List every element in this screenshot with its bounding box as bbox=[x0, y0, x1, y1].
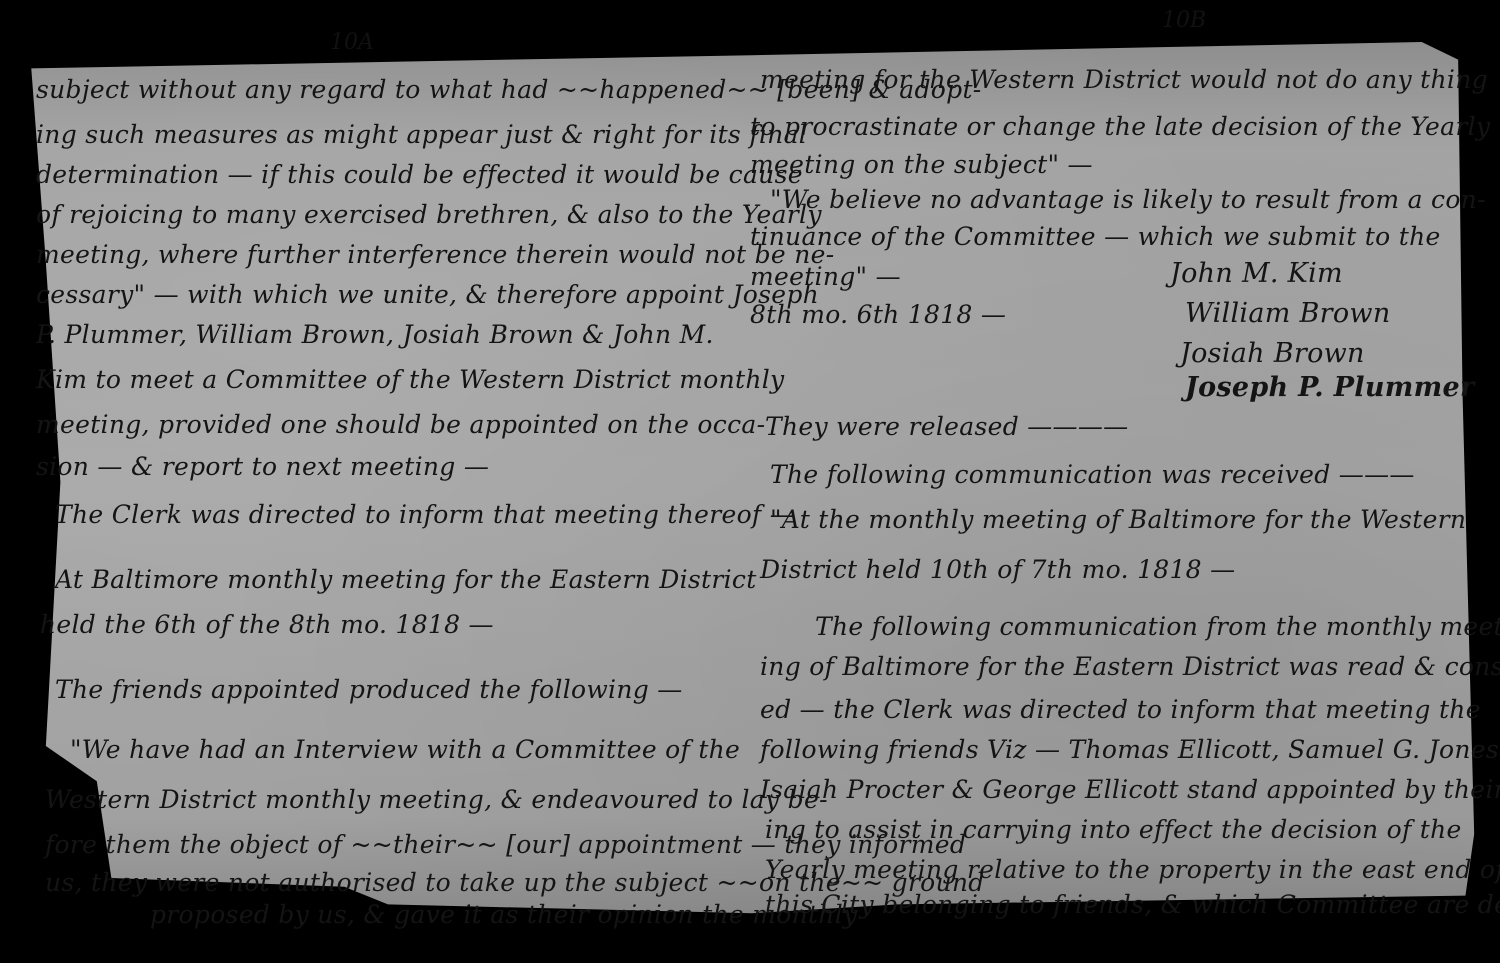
manuscript-line: of rejoicing to many exercised brethren,… bbox=[36, 200, 822, 229]
manuscript-line: tinuance of the Committee — which we sub… bbox=[750, 222, 1441, 251]
manuscript-line: The following communication from the mon… bbox=[815, 612, 1500, 641]
page-number-left: 10A bbox=[330, 30, 374, 55]
manuscript-line: Kim to meet a Committee of the Western D… bbox=[36, 365, 784, 394]
manuscript-line: meeting" — bbox=[750, 262, 901, 291]
manuscript-line: ing such measures as might appear just &… bbox=[36, 120, 807, 149]
manuscript-line: Western District monthly meeting, & ende… bbox=[45, 785, 828, 814]
page-number-right: 10B bbox=[1162, 8, 1206, 33]
manuscript-line: proposed by us, & gave it as their opini… bbox=[150, 900, 857, 929]
manuscript-line: cessary" — with which we unite, & theref… bbox=[36, 280, 819, 309]
manuscript-date: 8th mo. 6th 1818 — bbox=[750, 300, 1006, 329]
manuscript-line: "We have had an Interview with a Committ… bbox=[70, 735, 740, 764]
manuscript-line: this City belonging to friends, & which … bbox=[765, 890, 1500, 919]
manuscript-line: They were released ———— bbox=[765, 412, 1128, 441]
manuscript-line: meeting, where further interference ther… bbox=[36, 240, 834, 269]
signature: Joseph P. Plummer bbox=[1185, 372, 1475, 403]
manuscript-line: to procrastinate or change the late deci… bbox=[750, 112, 1490, 141]
manuscript-line: ing of Baltimore for the Eastern Distric… bbox=[760, 652, 1500, 681]
manuscript-line: meeting on the subject" — bbox=[750, 150, 1093, 179]
manuscript-line: "We believe no advantage is likely to re… bbox=[770, 185, 1486, 214]
signature: William Brown bbox=[1185, 298, 1391, 329]
manuscript-line: P. Plummer, William Brown, Josiah Brown … bbox=[36, 320, 714, 349]
manuscript-line: meeting, provided one should be appointe… bbox=[36, 410, 765, 439]
manuscript-line: ed — the Clerk was directed to inform th… bbox=[760, 695, 1481, 724]
signature: Josiah Brown bbox=[1180, 338, 1365, 369]
manuscript-line: determination — if this could be effecte… bbox=[36, 160, 803, 189]
manuscript-line: District held 10th of 7th mo. 1818 — bbox=[760, 555, 1235, 584]
manuscript-line: ing to assist in carrying into effect th… bbox=[765, 815, 1462, 844]
manuscript-line: held the 6th of the 8th mo. 1818 — bbox=[40, 610, 494, 639]
manuscript-line: The following communication was received… bbox=[770, 460, 1415, 489]
manuscript-line: At Baltimore monthly meeting for the Eas… bbox=[55, 565, 757, 594]
manuscript-line: "At the monthly meeting of Baltimore for… bbox=[770, 505, 1466, 534]
manuscript-line: Yearly meeting relative to the property … bbox=[765, 855, 1500, 884]
manuscript-line: following friends Viz — Thomas Ellicott,… bbox=[760, 735, 1500, 764]
manuscript-line: sion — & report to next meeting — bbox=[36, 452, 489, 481]
manuscript-line: The Clerk was directed to inform that me… bbox=[55, 500, 795, 529]
manuscript-line: The friends appointed produced the follo… bbox=[55, 675, 683, 704]
manuscript-line: meeting for the Western District would n… bbox=[760, 65, 1488, 94]
manuscript-line: Isaiah Procter & George Ellicott stand a… bbox=[760, 775, 1500, 804]
signature: John M. Kim bbox=[1170, 258, 1343, 289]
